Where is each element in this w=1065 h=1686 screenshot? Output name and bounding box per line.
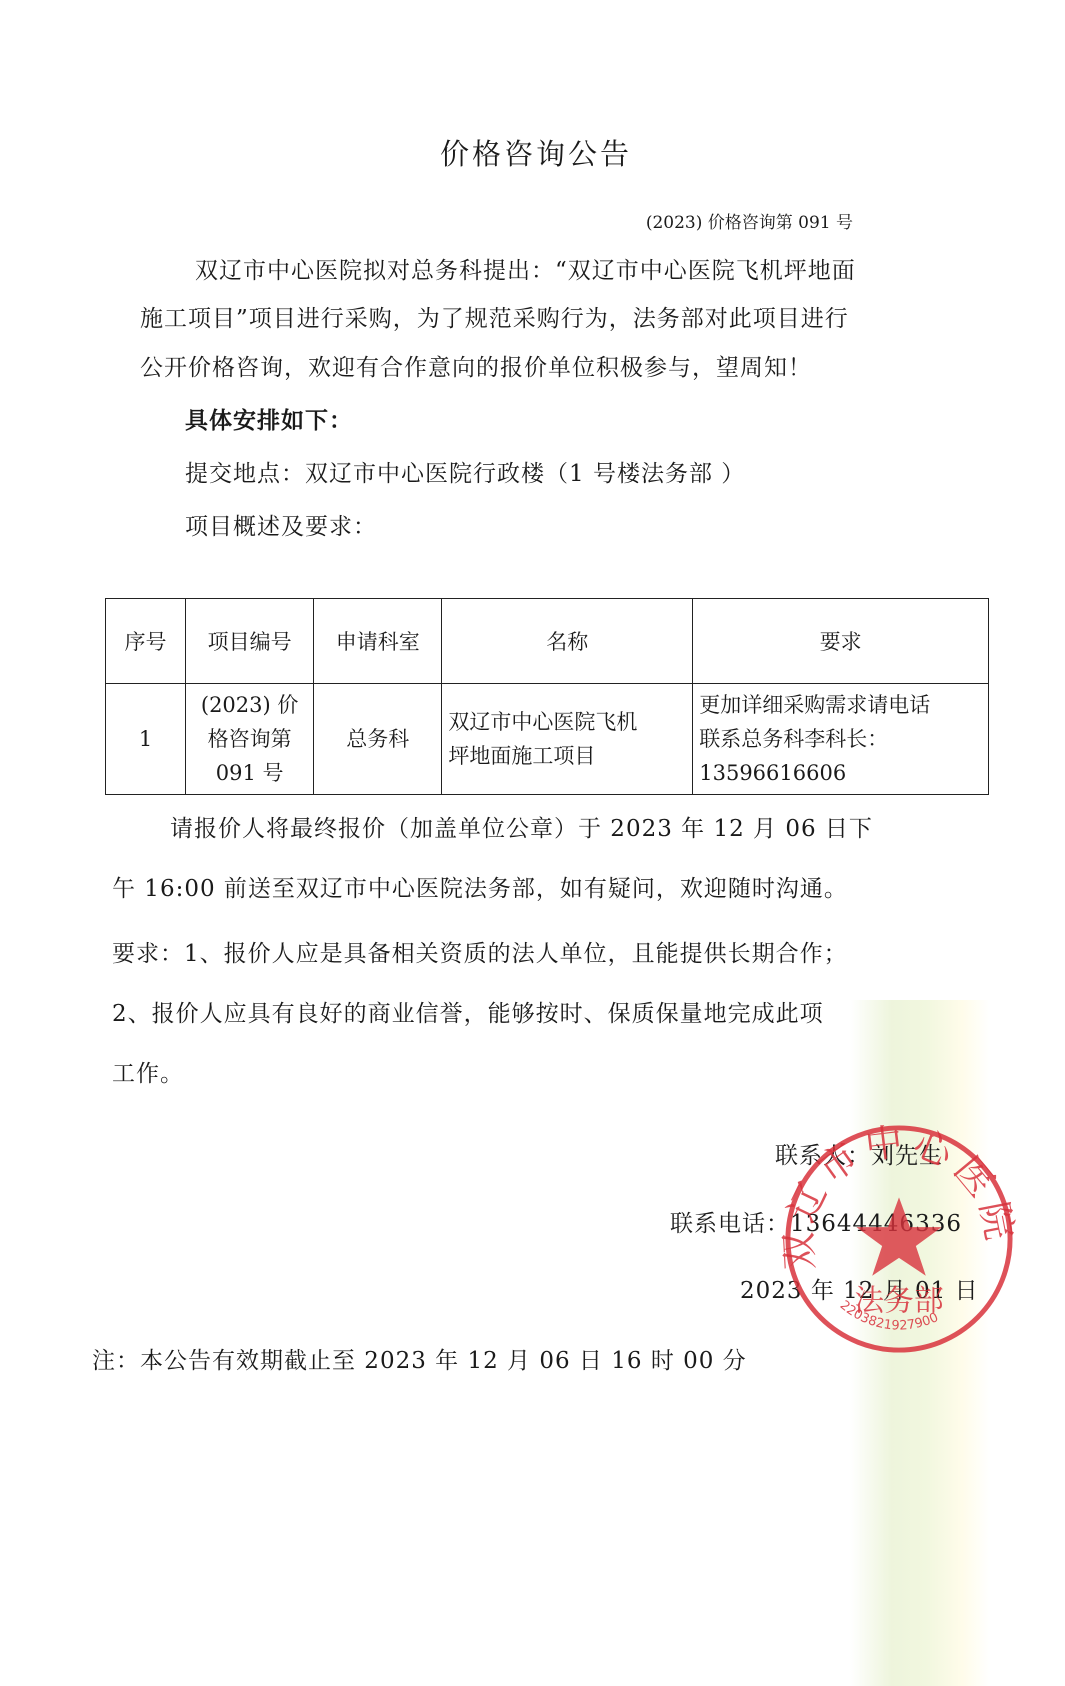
cell-name: 双辽市中心医院飞机 坪地面施工项目 <box>442 684 693 795</box>
name-line: 坪地面施工项目 <box>448 739 686 773</box>
name-line: 双辽市中心医院飞机 <box>448 705 686 739</box>
deadline-line-1: 请报价人将最终报价（加盖单位公章）于 2023 年 12 月 06 日下 <box>170 810 873 843</box>
document-number: (2023) 价格咨询第 091 号 <box>646 208 853 233</box>
header-requirement: 要求 <box>693 599 989 684</box>
arrangement-heading: 具体安排如下： <box>185 402 353 435</box>
requirement-line: 联系总务科李科长： <box>699 722 982 756</box>
deadline-line-2: 午 16:00 前送至双辽市中心医院法务部，如有疑问，欢迎随时沟通。 <box>112 870 848 903</box>
cell-requirement: 更加详细采购需求请电话 联系总务科李科长： 13596616606 <box>693 684 989 795</box>
scan-artifact-stripe <box>850 1000 990 1686</box>
project-no-line: (2023) 价 <box>192 688 307 722</box>
contact-person: 联系人：刘先生 <box>775 1137 943 1170</box>
requirements-line-3: 工作。 <box>112 1055 184 1088</box>
project-no-line: 格咨询第 <box>192 722 307 756</box>
requirements-line-2: 2、报价人应具有良好的商业信誉，能够按时、保质保量地完成此项 <box>112 995 824 1028</box>
submission-location: 提交地点：双辽市中心医院行政楼（1 号楼法务部 ） <box>185 455 745 488</box>
table-header-row: 序号 项目编号 申请科室 名称 要求 <box>106 599 989 684</box>
project-no-line: 091 号 <box>192 756 307 790</box>
project-table: 序号 项目编号 申请科室 名称 要求 1 (2023) 价 格咨询第 091 号… <box>105 598 989 795</box>
header-index: 序号 <box>106 599 186 684</box>
header-name: 名称 <box>442 599 693 684</box>
header-department: 申请科室 <box>314 599 442 684</box>
contact-phone: 联系电话：13644446336 <box>670 1205 962 1238</box>
validity-note: 注：本公告有效期截止至 2023 年 12 月 06 日 16 时 00 分 <box>92 1342 747 1375</box>
cell-project-no: (2023) 价 格咨询第 091 号 <box>186 684 314 795</box>
requirement-line: 更加详细采购需求请电话 <box>699 688 982 722</box>
overview-heading: 项目概述及要求： <box>185 508 377 541</box>
header-project-no: 项目编号 <box>186 599 314 684</box>
requirement-line: 13596616606 <box>699 756 982 790</box>
requirements-line-1: 要求：1、报价人应是具备相关资质的法人单位，且能提供长期合作； <box>112 935 848 968</box>
page-title: 价格咨询公告 <box>440 132 632 173</box>
cell-index: 1 <box>106 684 186 795</box>
issue-date: 2023 年 12 月 01 日 <box>740 1272 979 1305</box>
cell-department: 总务科 <box>314 684 442 795</box>
intro-line-1: 双辽市中心医院拟对总务科提出：“双辽市中心医院飞机坪地面 <box>195 252 856 285</box>
intro-line-2: 施工项目”项目进行采购，为了规范采购行为，法务部对此项目进行 <box>140 300 849 333</box>
intro-line-3: 公开价格咨询，欢迎有合作意向的报价单位积极参与，望周知！ <box>140 349 812 382</box>
table-row: 1 (2023) 价 格咨询第 091 号 总务科 双辽市中心医院飞机 坪地面施… <box>106 684 989 795</box>
